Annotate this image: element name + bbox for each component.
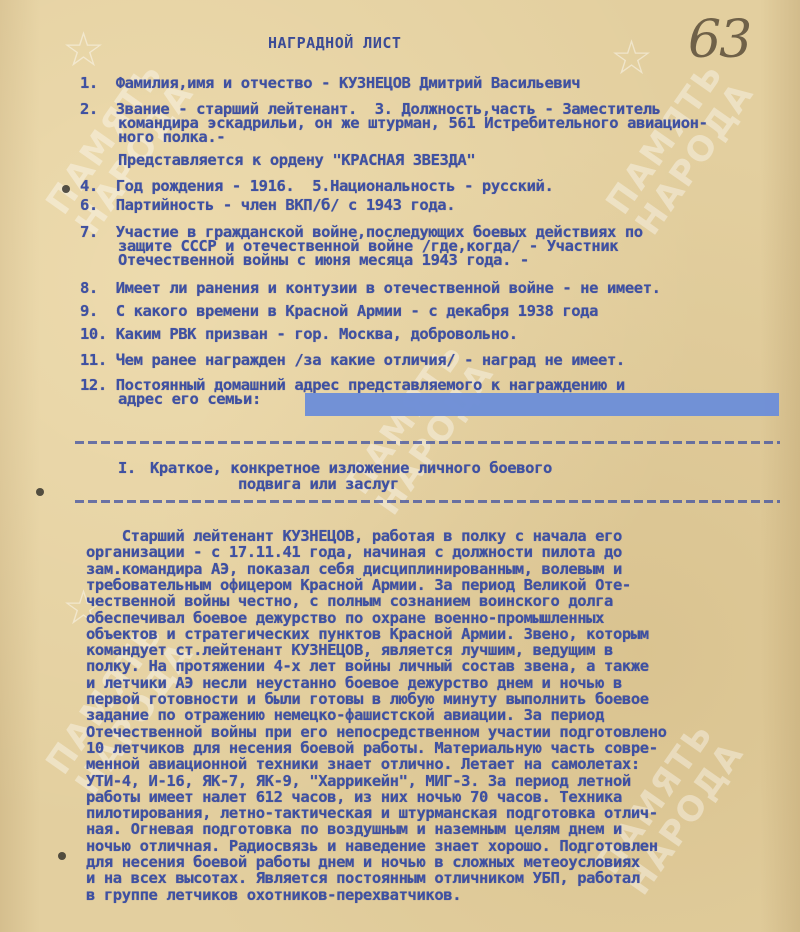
narrative-line: и летчики АЭ несли неустанно боевое дежу… bbox=[86, 675, 622, 691]
watermark-star-icon: ☆ bbox=[62, 22, 105, 78]
narrative-line: ночью отличная. Радиосвязь и наведение з… bbox=[86, 838, 658, 854]
section-heading: Краткое, конкретное изложение личного бо… bbox=[150, 460, 552, 476]
narrative-line: полку. На протяжении 4-х лет войны личны… bbox=[86, 658, 649, 674]
narrative-line: командует ст.лейтенант КУЗНЕЦОВ, являетс… bbox=[86, 642, 613, 658]
narrative-line: требовательным офицером Красной Армии. З… bbox=[86, 577, 631, 593]
ink-blot bbox=[58, 852, 66, 860]
field-line: 6. Партийность - член ВКП/б/ с 1943 года… bbox=[80, 197, 455, 213]
narrative-line: первой готовности и были готовы в любую … bbox=[86, 691, 649, 707]
narrative-line: чественной войны честно, с полным сознан… bbox=[86, 593, 613, 609]
field-line-cont: ного полка.- bbox=[118, 129, 225, 145]
field-line: 9. С какого времени в Красной Армии - с … bbox=[80, 303, 598, 319]
field-line-cont: адрес его семьи: bbox=[118, 391, 261, 407]
narrative-line: в группе летчиков охотников-перехватчико… bbox=[86, 887, 461, 903]
narrative-line: работы имеет налет 612 часов, из них ноч… bbox=[86, 789, 622, 805]
divider-line bbox=[75, 500, 780, 503]
narrative-line: Отечественной войны при его непосредстве… bbox=[86, 724, 667, 740]
document-title: НАГРАДНОЙ ЛИСТ bbox=[268, 34, 401, 52]
narrative-line: зам.командира АЭ, показал себя дисциплин… bbox=[86, 561, 622, 577]
narrative-line: объектов и стратегических пунктов Красно… bbox=[86, 626, 649, 642]
narrative-line: организации - с 17.11.41 года, начиная с… bbox=[86, 544, 622, 560]
ink-blot bbox=[36, 488, 44, 496]
field-line: 10. Каким РВК призван - гор. Москва, доб… bbox=[80, 326, 518, 342]
narrative-line: задание по отражению немецко-фашистской … bbox=[86, 707, 604, 723]
divider-line bbox=[75, 441, 780, 444]
narrative-line: УТИ-4, И-16, ЯК-7, ЯК-9, "Харрикейн", МИ… bbox=[86, 773, 631, 789]
redaction-bar bbox=[305, 393, 779, 416]
field-line: Представляется к ордену "КРАСНАЯ ЗВЕЗДА" bbox=[118, 152, 475, 168]
narrative-line: пилотирования, летно-тактическая и штурм… bbox=[86, 805, 658, 821]
narrative-line: для несения боевой работы днем и ночью в… bbox=[86, 854, 640, 870]
narrative-line: 10 летчиков для несения боевой работы. М… bbox=[86, 740, 658, 756]
field-line: 1. Фамилия,имя и отчество - КУЗНЕЦОВ Дми… bbox=[80, 75, 580, 91]
field-line: 11. Чем ранее награжден /за какие отличи… bbox=[80, 352, 625, 368]
narrative-line: менной авиационной техники знает отлично… bbox=[86, 756, 640, 772]
field-line: 8. Имеет ли ранения и контузии в отечест… bbox=[80, 280, 661, 296]
narrative-line: ная. Огневая подготовка по воздушным и н… bbox=[86, 821, 622, 837]
section-heading-cont: подвига или заслуг bbox=[238, 476, 399, 492]
ink-blot bbox=[62, 185, 70, 193]
watermark-star-icon: ☆ bbox=[610, 30, 653, 86]
narrative-line: и на всех высотах. Является постоянным о… bbox=[86, 870, 640, 886]
section-number: I. bbox=[118, 460, 136, 476]
narrative-line: Старший лейтенант КУЗНЕЦОВ, работая в по… bbox=[86, 528, 622, 544]
page-number: 63 bbox=[688, 10, 750, 70]
narrative-line: обеспечивал боевое дежурство по охране в… bbox=[86, 610, 604, 626]
field-line-cont: Отечественной войны с июня месяца 1943 г… bbox=[118, 252, 529, 268]
field-line: 4. Год рождения - 1916. 5.Национальность… bbox=[80, 178, 553, 194]
